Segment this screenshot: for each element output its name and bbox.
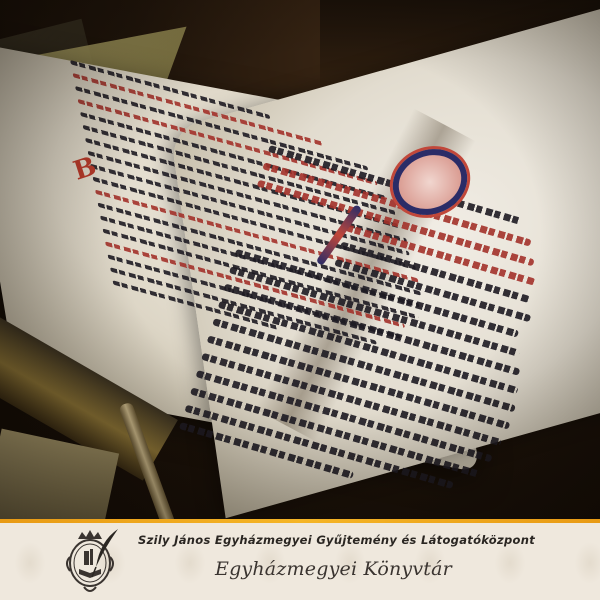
manuscript-photo: B [0, 0, 600, 520]
crest-book-quill-icon [60, 527, 122, 597]
institution-name: Szily János Egyházmegyei Gyűjtemény és L… [138, 533, 558, 547]
library-subtitle: Egyházmegyei Könyvtár [215, 558, 435, 580]
footer-banner: Szily János Egyházmegyei Gyűjtemény és L… [0, 523, 600, 600]
